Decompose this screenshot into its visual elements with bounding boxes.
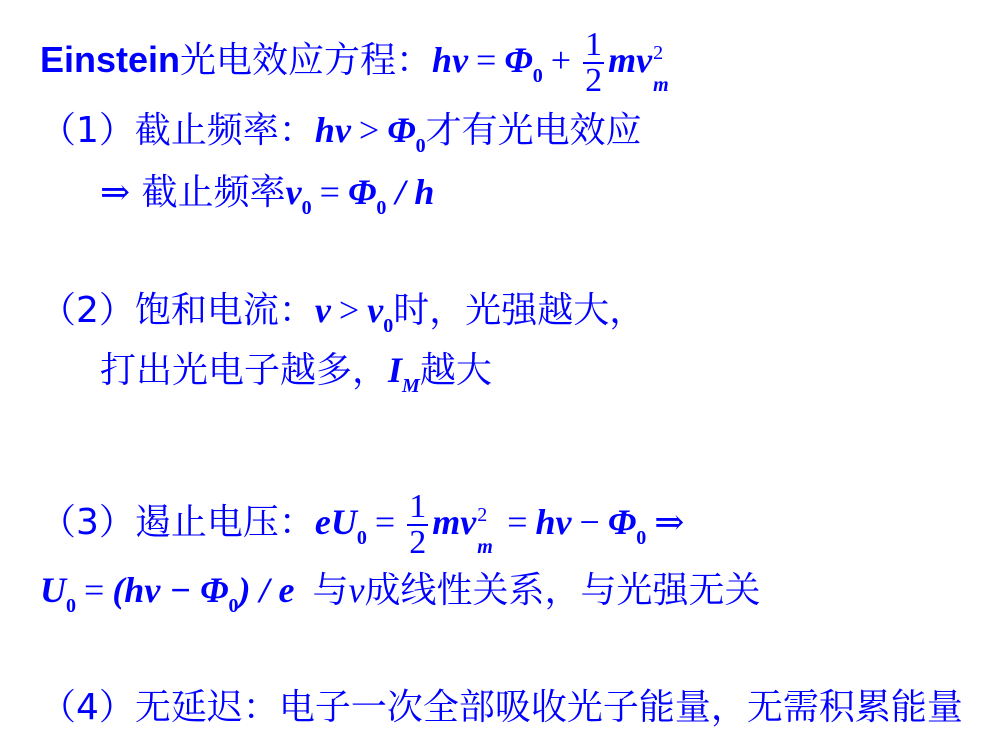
item-marker: （3） <box>40 502 135 543</box>
item-label: 无延迟： <box>135 687 279 728</box>
item-label: 截止频率： <box>135 110 315 151</box>
einstein-equation-heading: Einstein光电效应方程：hν=Φ0+12mv2m <box>40 28 675 98</box>
item-label: 饱和电流： <box>135 290 315 331</box>
heading-label: 光电效应方程： <box>180 40 432 81</box>
item-1-line-1: （1）截止频率：hν>Φ0才有光电效应 <box>40 110 642 166</box>
formula-lhs: hν <box>432 40 468 80</box>
item-label: 遏止电压： <box>135 502 315 543</box>
item-4-line-1: （4）无延迟：电子一次全部吸收光子能量，无需积累能量 <box>40 688 963 728</box>
item-marker: （4） <box>40 687 135 728</box>
item-2-line-1: （2）饱和电流：ν>ν0时，光强越大， <box>40 290 645 346</box>
item-1-line-2: ⇒ 截止频率ν0=Φ0 / h <box>100 172 434 228</box>
einstein-label: Einstein <box>40 39 180 80</box>
item-3-line-1: （3）遏止电压：eU0=12mv2m=hν−Φ0⇒ <box>40 490 684 560</box>
item-2-line-2: 打出光电子越多，IM越大 <box>100 350 492 406</box>
item-3-line-2: U0=(hν − Φ0) / e与ν成线性关系，与光强无关 <box>40 570 761 626</box>
implies-arrow: ⇒ <box>654 502 684 542</box>
item-marker: （2） <box>40 290 135 331</box>
item-marker: （1） <box>40 110 135 151</box>
fraction-half: 12 <box>407 490 428 560</box>
implies-arrow: ⇒ <box>100 172 130 212</box>
fraction-half: 12 <box>583 28 604 98</box>
